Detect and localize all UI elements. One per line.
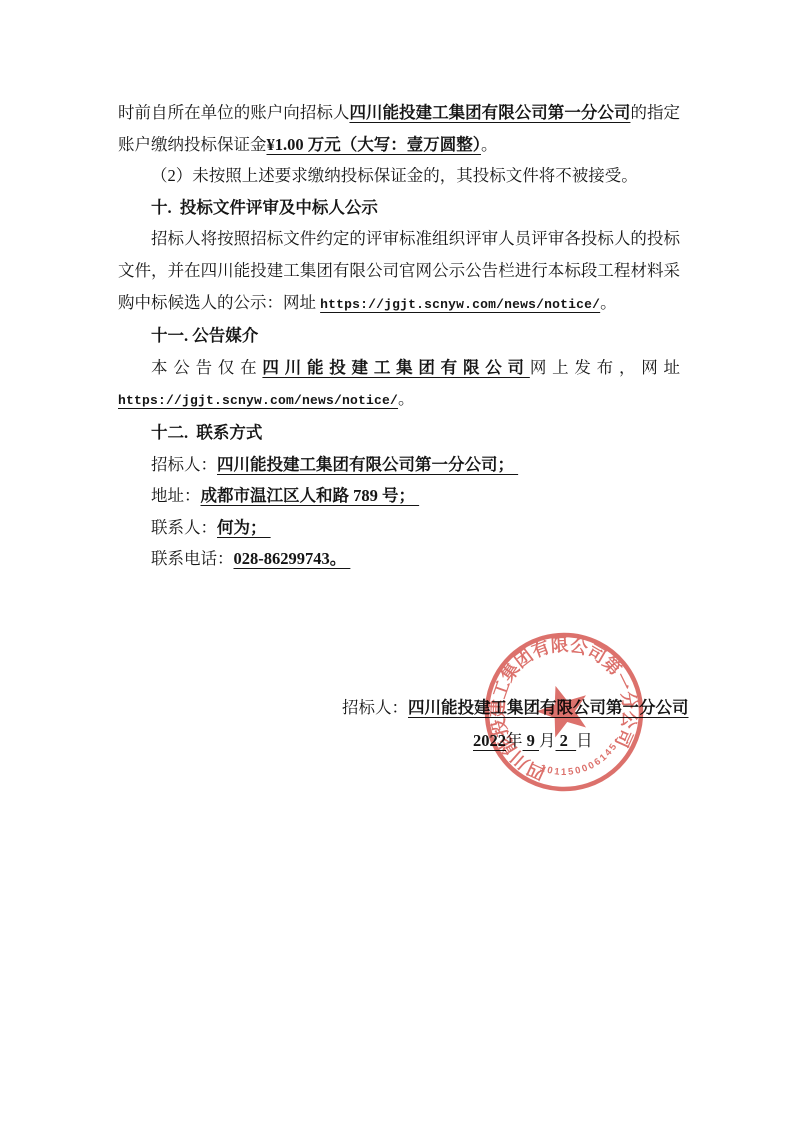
notice-url[interactable]: https://jgjt.scnyw.com/news/notice/: [320, 297, 600, 312]
media-company-name: 四川能投建工集团有限公司: [262, 358, 529, 377]
paragraph-deposit-note: （2）未按照上述要求缴纳投标保证金的，其投标文件将不被接受。: [118, 160, 680, 192]
signature-label: 招标人：: [342, 698, 408, 717]
deposit-text-pre: 时前自所在单位的账户向招标人: [118, 103, 349, 122]
date-year: 2022: [473, 731, 506, 750]
date-month-label: 月: [539, 731, 556, 750]
signature-line: 招标人：四川能投建工集团有限公司第一分公司: [342, 696, 689, 720]
contact-value: 成都市温江区人和路 789 号；: [201, 486, 420, 505]
deposit-text-post: 。: [481, 135, 498, 154]
contact-label: 联系人：: [151, 518, 217, 537]
signature-date: 2022年 9 月 2 日: [473, 729, 593, 753]
section-heading-10: 十. 投标文件评审及中标人公示: [118, 192, 680, 224]
tenderer-company-name: 四川能投建工集团有限公司第一分公司: [349, 103, 630, 122]
date-day: 2: [556, 731, 577, 750]
document-page: 时前自所在单位的账户向招标人四川能投建工集团有限公司第一分公司的指定账户缴纳投标…: [0, 0, 794, 1123]
signature-company: 四川能投建工集团有限公司第一分公司: [408, 698, 689, 717]
contact-label: 联系电话：: [151, 549, 234, 568]
section-heading-11: 十一. 公告媒介: [118, 320, 680, 352]
contact-value: 四川能投建工集团有限公司第一分公司；: [217, 455, 518, 474]
media-notice-url[interactable]: https://jgjt.scnyw.com/news/notice/: [118, 393, 398, 408]
review-text-post: 。: [600, 293, 617, 312]
media-url-post: 。: [398, 389, 415, 408]
media-text-pre: 本公告仅在: [151, 358, 262, 377]
contact-row-phone: 联系电话：028-86299743。: [118, 543, 680, 575]
contact-row-tenderer: 招标人：四川能投建工集团有限公司第一分公司；: [118, 449, 680, 481]
contact-value: 何为；: [217, 518, 271, 537]
contact-row-address: 地址：成都市温江区人和路 789 号；: [118, 480, 680, 512]
contact-label: 招标人：: [151, 455, 217, 474]
date-month: 9: [523, 731, 540, 750]
date-year-label: 年: [506, 731, 523, 750]
contact-row-person: 联系人：何为；: [118, 512, 680, 544]
paragraph-review: 招标人将按照招标文件约定的评审标准组织评审人员评审各投标人的投标文件，并在四川能…: [118, 223, 680, 320]
media-text-post: 网上发布，网址: [530, 358, 680, 377]
paragraph-deposit: 时前自所在单位的账户向招标人四川能投建工集团有限公司第一分公司的指定账户缴纳投标…: [118, 97, 680, 160]
paragraph-media-url: https://jgjt.scnyw.com/news/notice/。: [118, 383, 680, 417]
date-day-label: 日: [576, 731, 593, 750]
document-body: 时前自所在单位的账户向招标人四川能投建工集团有限公司第一分公司的指定账户缴纳投标…: [118, 97, 680, 575]
section-heading-12: 十二. 联系方式: [118, 417, 680, 449]
deposit-amount: ¥1.00 万元（大写：壹万圆整）: [267, 135, 482, 154]
contact-value: 028-86299743。: [234, 549, 351, 568]
paragraph-media: 本公告仅在四川能投建工集团有限公司网上发布，网址: [118, 352, 680, 384]
contact-label: 地址：: [151, 486, 201, 505]
